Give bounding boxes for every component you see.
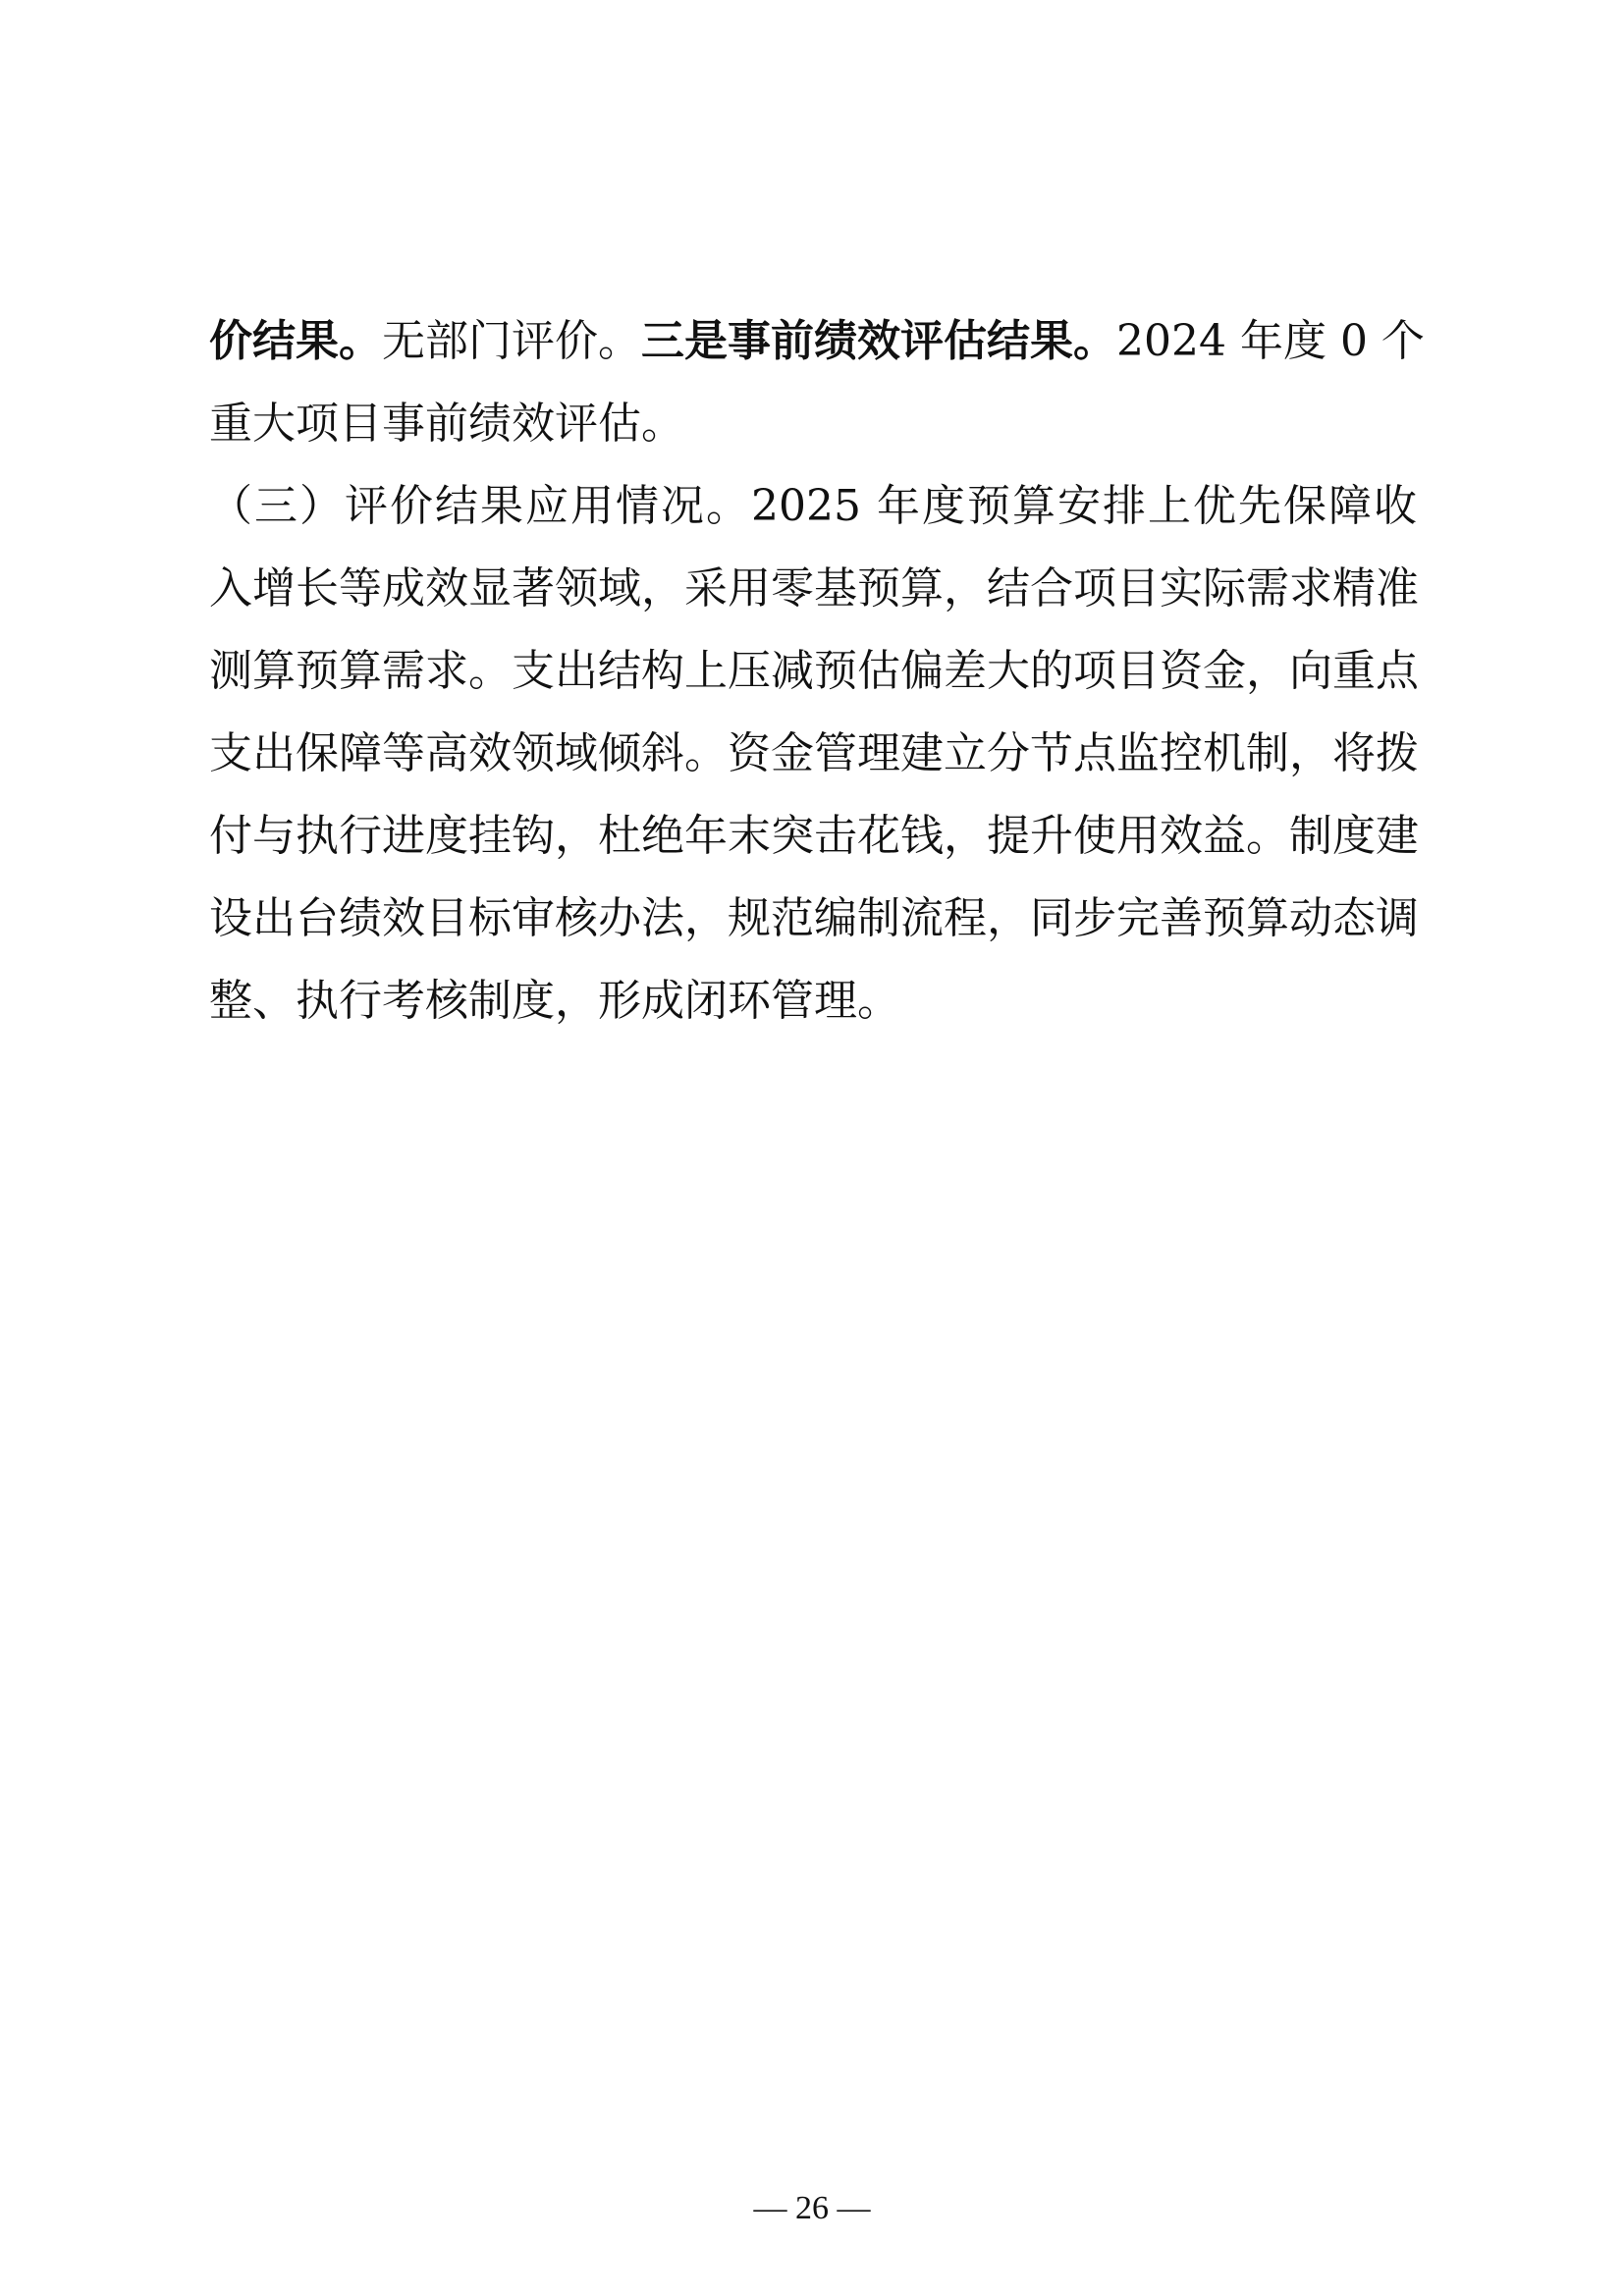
text-line: 付与执行进度挂钩，杜绝年末突击花钱，提升使用效益。制度建 xyxy=(209,795,1417,878)
paragraph-heading-line: （三）评价结果应用情况。2025 年度预算安排上优先保障收 xyxy=(209,465,1417,548)
page-number: — 26 — xyxy=(0,2185,1624,2232)
text-line: 重大项目事前绩效评估。 xyxy=(209,383,1417,465)
document-page: 价结果。无部门评价。三是事前绩效评估结果。2024 年度 0 个 重大项目事前绩… xyxy=(0,0,1624,2296)
text-line: 支出保障等高效领域倾斜。资金管理建立分节点监控机制，将拨 xyxy=(209,713,1417,795)
text-line: 整、执行考核制度，形成闭环管理。 xyxy=(209,960,1417,1042)
bold-text: 价结果。 xyxy=(209,316,382,366)
body-text: 2024 年度 0 个 xyxy=(1116,316,1425,366)
text-line: 价结果。无部门评价。三是事前绩效评估结果。2024 年度 0 个 xyxy=(209,300,1417,383)
text-line: 设出台绩效目标审核办法，规范编制流程，同步完善预算动态调 xyxy=(209,878,1417,960)
body-text: 无部门评价。 xyxy=(382,316,641,366)
text-line: 测算预算需求。支出结构上压减预估偏差大的项目资金，向重点 xyxy=(209,630,1417,713)
bold-heading-text: 三是事前绩效评估结果。 xyxy=(641,316,1116,366)
text-line: 入增长等成效显著领域，采用零基预算，结合项目实际需求精准 xyxy=(209,548,1417,630)
